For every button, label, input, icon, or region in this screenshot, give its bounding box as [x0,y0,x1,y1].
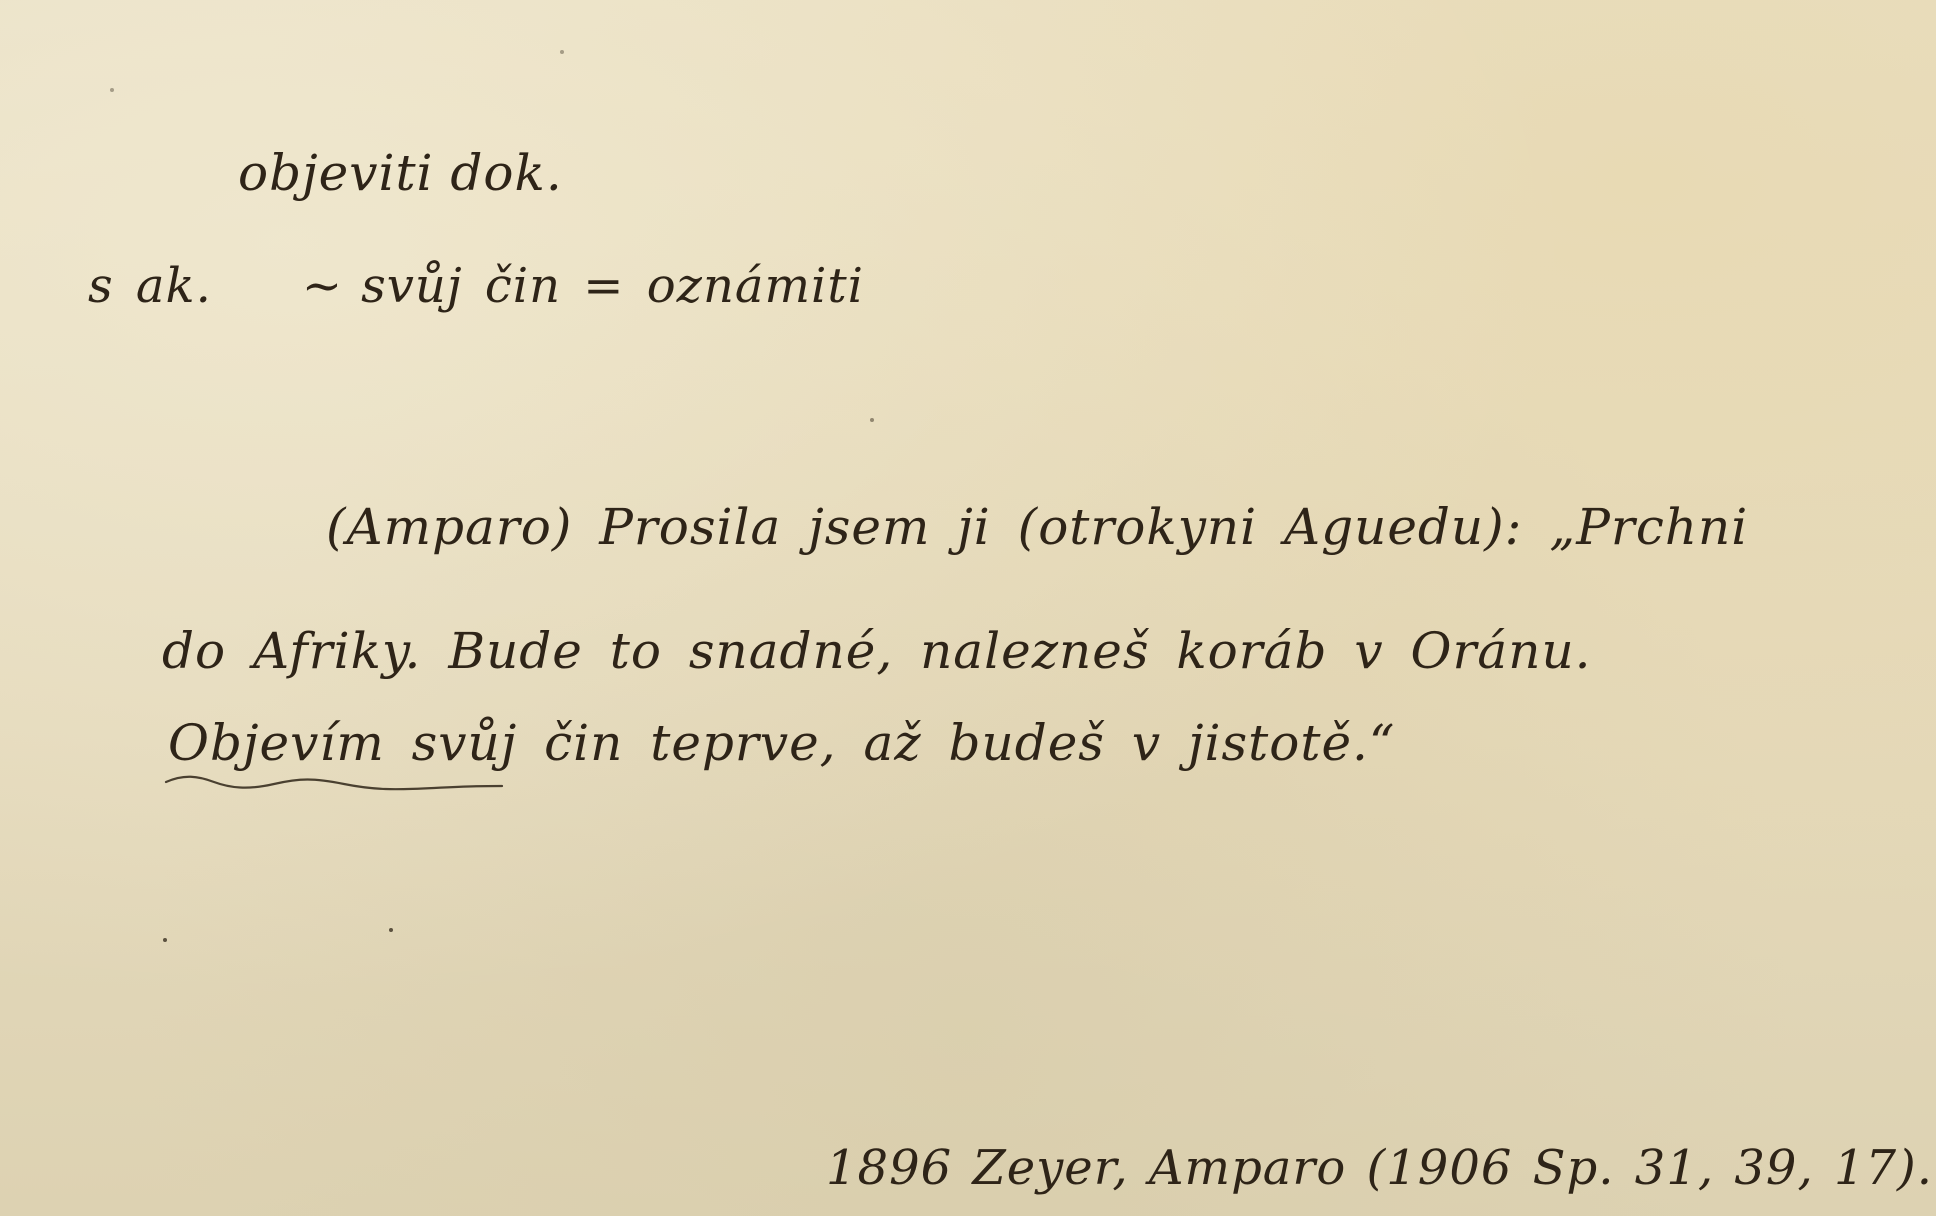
underlined-keyword: Objevím [168,718,385,768]
tilde-symbol: ~ [302,258,343,314]
quotation-line-3: Objevím svůj čin teprve, až budeš v jist… [168,718,1395,768]
equals-symbol: = [583,258,624,314]
quotation-line-1: (Amparo) Prosila jsem ji (otrokyni Agued… [326,502,1748,552]
sense-line: s ak.~svůj čin = oznámiti [88,262,864,310]
wavy-underline-icon [164,772,504,794]
quotation-line-3-rest: svůj čin teprve, až budeš v jistotě.“ [385,714,1396,772]
paper-speck [163,938,167,942]
grammar-label: s ak. [88,258,212,314]
keyword-text: Objevím [168,714,385,772]
citation: 1896 Zeyer, Amparo (1906 Sp. 31, 39, 17)… [826,1144,1933,1192]
phrase: svůj čin [361,258,561,314]
paper-speck [110,88,114,92]
paper-speck [870,418,874,422]
paper-speck [560,50,564,54]
headword: objeviti dok. [238,148,563,198]
quotation-line-2: do Afriky. Bude to snadné, nalezneš korá… [162,626,1592,676]
definition: oznámiti [647,258,864,314]
paper-speck [389,928,393,932]
dictionary-slip: objeviti dok. s ak.~svůj čin = oznámiti … [0,0,1936,1216]
